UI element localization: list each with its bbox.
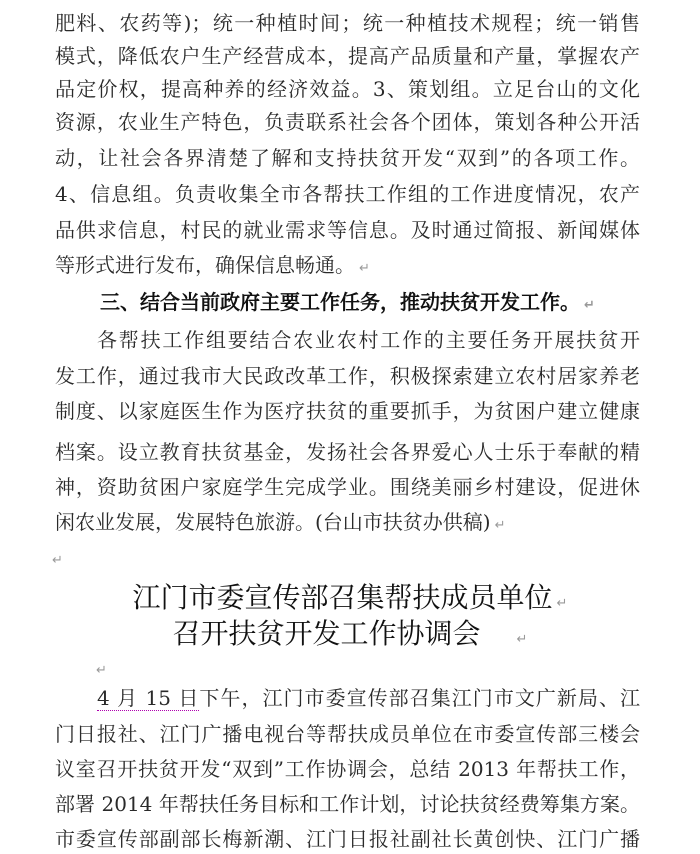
body-line: 资源，农业生产特色，负责联系社会各个团体，策划各种公开活 [55, 110, 640, 134]
body-line-indented: 各帮扶工作组要结合农业农村工作的主要任务开展扶贫开 [97, 328, 640, 352]
body-line: 市委宣传部副部长梅新潮、江门日报社副社长黄创快、江门广播 [55, 827, 640, 851]
article-title-line2: 召开扶贫开发工作协调会↵ [0, 617, 700, 657]
body-line: 品供求信息，村民的就业需求等信息。及时通过简报、新闻媒体 [55, 218, 640, 242]
section-heading-text: 三、结合当前政府主要工作任务，推动扶贫开发工作。 [100, 290, 580, 314]
body-line: 4、信息组。负责收集全市各帮扶工作组的工作进度情况，农产 [55, 182, 640, 206]
paragraph-mark-icon: ↵ [96, 663, 107, 678]
paragraph-mark-icon: ↵ [52, 553, 63, 568]
body-line-indented: 4 月 15 日下午，江门市委宣传部召集江门市文广新局、江 [97, 686, 640, 710]
paragraph-mark-icon: ↵ [584, 298, 595, 313]
section-heading: 三、结合当前政府主要工作任务，推动扶贫开发工作。↵ [100, 290, 595, 318]
body-line-last: 闲农业发展，发展特色旅游。(台山市扶贫办供稿)↵ [55, 510, 640, 538]
paragraph-mark-icon: ↵ [495, 518, 506, 533]
body-line: 部署 2014 年帮扶任务目标和工作计划，讨论扶贫经费筹集方案。 [55, 792, 640, 816]
body-line: 模式，降低农户生产经营成本，提高产品质量和产量，掌握农产 [55, 44, 640, 68]
body-line: 议室召开扶贫开发“双到”工作协调会，总结 2013 年帮扶工作， [55, 757, 640, 781]
body-line: 发工作，通过我市大民政改革工作，积极探索建立农村居家养老 [55, 364, 640, 388]
paragraph-mark-icon: ↵ [557, 596, 568, 611]
body-line: 动，让社会各界清楚了解和支持扶贫开发“双到”的各项工作。 [55, 146, 640, 170]
paragraph-mark-icon: ↵ [359, 261, 370, 276]
document-page: 肥料、农药等)；统一种植时间；统一种植技术规程；统一销售 模式，降低农户生产经营… [0, 0, 700, 854]
body-line-last: 等形式进行发布，确保信息畅通。↵ [55, 253, 640, 281]
body-line: 神，资助贫困户家庭学生完成学业。围绕美丽乡村建设，促进休 [55, 475, 640, 499]
body-line-text: 闲农业发展，发展特色旅游。(台山市扶贫办供稿) [55, 510, 491, 534]
body-line-text: 等形式进行发布，确保信息畅通。 [55, 253, 355, 277]
body-line: 门日报社、江门广播电视台等帮扶成员单位在市委宣传部三楼会 [55, 722, 640, 746]
article-title-text: 江门市委宣传部召集帮扶成员单位 [133, 581, 553, 614]
body-line: 档案。设立教育扶贫基金，发扬社会各界爱心人士乐于奉献的精 [55, 440, 640, 464]
article-title-line1: 江门市委宣传部召集帮扶成员单位↵ [0, 581, 700, 621]
article-title-text: 召开扶贫开发工作协调会 [173, 617, 481, 650]
body-line: 品定价权，提高种养的经济效益。3、策划组。立足台山的文化 [55, 77, 640, 101]
body-line-text: 下午，江门市委宣传部召集江门市文广新局、江 [199, 686, 640, 710]
date-text-underlined: 4 月 15 日 [97, 686, 199, 711]
paragraph-mark-icon: ↵ [517, 632, 528, 647]
body-line: 肥料、农药等)；统一种植时间；统一种植技术规程；统一销售 [55, 11, 640, 35]
body-line: 制度、以家庭医生作为医疗扶贫的重要抓手，为贫困户建立健康 [55, 399, 640, 423]
